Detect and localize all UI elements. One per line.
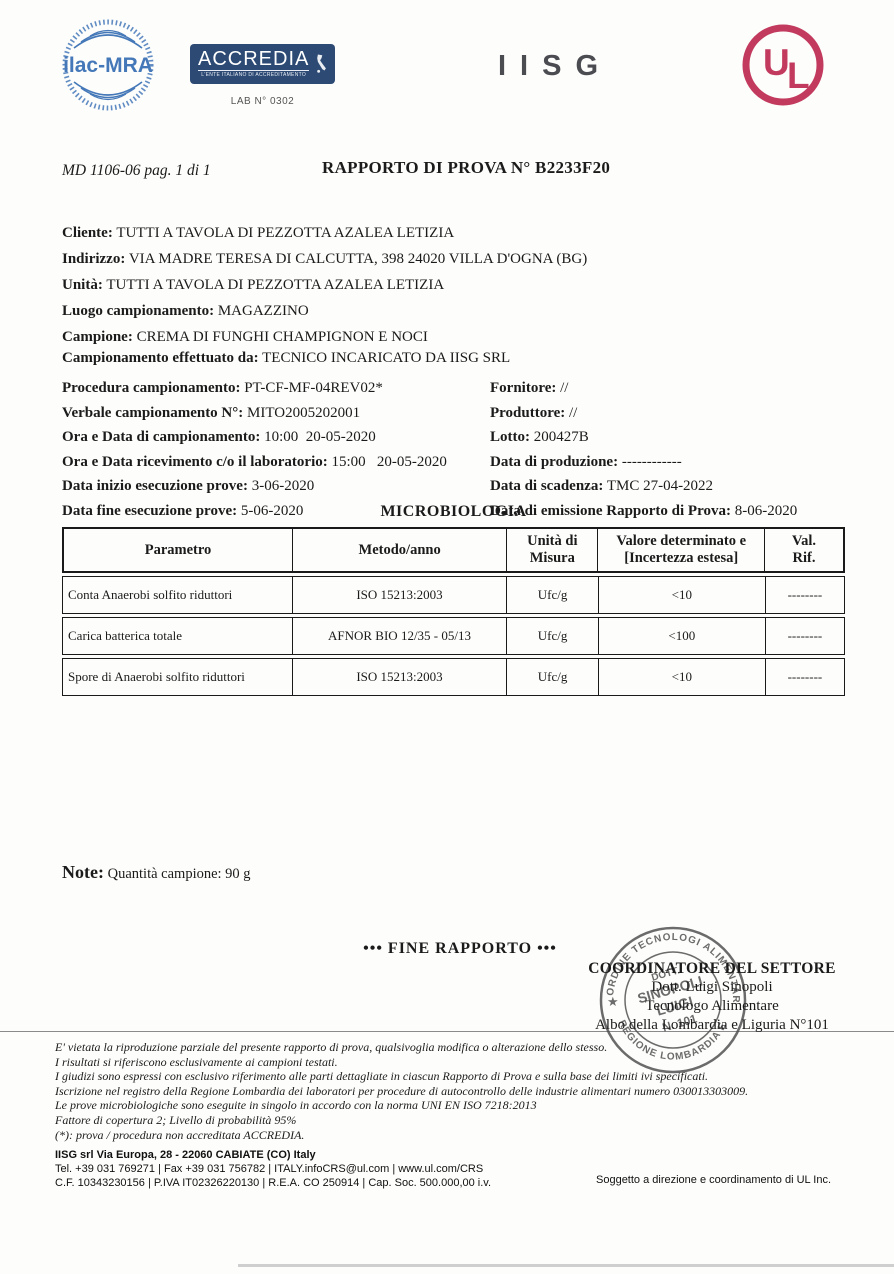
sampling-details-grid: Procedura campionamento: PT-CF-MF-04REV0… bbox=[62, 376, 852, 523]
client-info-block: Cliente: TUTTI A TAVOLA DI PEZZOTTA AZAL… bbox=[62, 220, 587, 350]
column-header-unita: Unità di Misura bbox=[507, 529, 598, 571]
field-procedura: Procedura campionamento: PT-CF-MF-04REV0… bbox=[62, 376, 490, 401]
ul-logo: U L bbox=[738, 20, 828, 115]
field-label: Luogo campionamento: bbox=[62, 303, 214, 319]
note-label: Note: bbox=[62, 862, 104, 882]
results-table: Parametro Metodo/anno Unità di Misura Va… bbox=[62, 527, 845, 696]
field-value: 200427B bbox=[534, 429, 589, 445]
field-verbale: Verbale campionamento N°: MITO2005202001 bbox=[62, 401, 490, 426]
field-luogo-campionamento: Luogo campionamento: MAGAZZINO bbox=[62, 298, 587, 324]
ilac-mra-logo-icon: ilac-MRA bbox=[52, 14, 164, 116]
cell-valore: <100 bbox=[599, 618, 766, 654]
field-label: Procedura campionamento: bbox=[62, 380, 240, 396]
italy-map-icon bbox=[315, 51, 327, 77]
ul-coordination-note: Soggetto a direzione e coordinamento di … bbox=[596, 1174, 831, 1186]
column-header-valore: Valore determinato e [Incertezza estesa] bbox=[598, 529, 765, 571]
iisg-logo: IISG bbox=[498, 50, 612, 83]
signature-register: Albo della Lombardia e Liguria N°101 bbox=[552, 1016, 872, 1035]
cell-val-rif: -------- bbox=[766, 577, 844, 613]
field-value: TMC 27-04-2022 bbox=[607, 478, 713, 494]
field-value: TUTTI A TAVOLA DI PEZZOTTA AZALEA LETIZI… bbox=[106, 277, 444, 293]
column-header-val-rif: Val. Rif. bbox=[765, 529, 843, 571]
field-label: Lotto: bbox=[490, 429, 530, 445]
detail-row: Procedura campionamento: PT-CF-MF-04REV0… bbox=[62, 376, 852, 401]
cell-parametro: Spore di Anaerobi solfito riduttori bbox=[63, 659, 293, 695]
cell-parametro: Conta Anaerobi solfito riduttori bbox=[63, 577, 293, 613]
field-value: TECNICO INCARICATO DA IISG SRL bbox=[262, 350, 510, 366]
field-fornitore: Fornitore: // bbox=[490, 376, 852, 401]
lab-number: LAB N° 0302 bbox=[190, 96, 335, 107]
accredia-name: ACCREDIA bbox=[198, 49, 309, 69]
field-label: Unità: bbox=[62, 277, 103, 293]
field-label: Verbale campionamento N°: bbox=[62, 405, 243, 421]
signature-block: COORDINATORE DEL SETTORE Dott. Luigi Sin… bbox=[552, 960, 872, 1035]
disclaimer-line: (*): prova / procedura non accreditata A… bbox=[55, 1128, 885, 1143]
field-value: TUTTI A TAVOLA DI PEZZOTTA AZALEA LETIZI… bbox=[116, 225, 454, 241]
company-address: IISG srl Via Europa, 28 - 22060 CABIATE … bbox=[55, 1148, 491, 1162]
field-value: 3-06-2020 bbox=[252, 478, 315, 494]
cell-unita: Ufc/g bbox=[507, 618, 598, 654]
signature-title: COORDINATORE DEL SETTORE bbox=[552, 960, 872, 978]
column-header-metodo: Metodo/anno bbox=[293, 529, 507, 571]
field-label: Ora e Data di campionamento: bbox=[62, 429, 260, 445]
field-data-inizio: Data inizio esecuzione prove: 3-06-2020 bbox=[62, 474, 490, 499]
note-line: Note: Quantità campione: 90 g bbox=[62, 862, 251, 883]
detail-row: Verbale campionamento N°: MITO2005202001… bbox=[62, 401, 852, 426]
company-contacts: Tel. +39 031 769271 | Fax +39 031 756782… bbox=[55, 1162, 491, 1176]
table-row: Conta Anaerobi solfito riduttori ISO 152… bbox=[62, 576, 845, 614]
cell-unita: Ufc/g bbox=[507, 577, 598, 613]
field-value: // bbox=[560, 380, 568, 396]
column-header-parametro: Parametro bbox=[64, 529, 293, 571]
field-cliente: Cliente: TUTTI A TAVOLA DI PEZZOTTA AZAL… bbox=[62, 220, 587, 246]
ul-letter-l: L bbox=[787, 55, 810, 96]
table-header-row: Parametro Metodo/anno Unità di Misura Va… bbox=[62, 527, 845, 573]
disclaimer-line: Fattore di copertura 2; Livello di proba… bbox=[55, 1113, 885, 1128]
field-value: // bbox=[569, 405, 577, 421]
field-label: Cliente: bbox=[62, 225, 113, 241]
ilac-mra-logo: ilac-MRA bbox=[52, 14, 164, 121]
field-label: Campionamento effettuato da: bbox=[62, 350, 259, 366]
field-value: CREMA DI FUNGHI CHAMPIGNON E NOCI bbox=[137, 329, 428, 345]
field-campione: Campione: CREMA DI FUNGHI CHAMPIGNON E N… bbox=[62, 324, 587, 350]
accredia-logo: ACCREDIA L'ENTE ITALIANO DI ACCREDITAMEN… bbox=[190, 44, 335, 107]
field-unita: Unità: TUTTI A TAVOLA DI PEZZOTTA AZALEA… bbox=[62, 272, 587, 298]
company-fiscal: C.F. 10343230156 | P.IVA IT02326220130 |… bbox=[55, 1176, 491, 1190]
field-label: Data di produzione: bbox=[490, 454, 618, 470]
field-value: 15:00 20-05-2020 bbox=[332, 454, 447, 470]
test-report-page: ilac-MRA ACCREDIA L'ENTE ITALIANO DI ACC… bbox=[0, 0, 894, 1274]
cell-unita: Ufc/g bbox=[507, 659, 598, 695]
section-title-microbiologia: MICROBIOLOGIA bbox=[62, 503, 845, 521]
field-value: MAGAZZINO bbox=[218, 303, 309, 319]
field-label: Fornitore: bbox=[490, 380, 556, 396]
report-title: RAPPORTO DI PROVA N° B2233F20 bbox=[322, 158, 610, 178]
field-value: PT-CF-MF-04REV02* bbox=[244, 380, 383, 396]
cell-metodo: ISO 15213:2003 bbox=[293, 659, 508, 695]
cell-valore: <10 bbox=[599, 577, 766, 613]
field-label: Data inizio esecuzione prove: bbox=[62, 478, 248, 494]
signature-name: Dott. Luigi Sinopoli bbox=[552, 978, 872, 997]
accredia-box: ACCREDIA L'ENTE ITALIANO DI ACCREDITAMEN… bbox=[190, 44, 335, 84]
cell-metodo: ISO 15213:2003 bbox=[293, 577, 508, 613]
detail-row: Ora e Data ricevimento c/o il laboratori… bbox=[62, 450, 852, 475]
field-data-scadenza: Data di scadenza: TMC 27-04-2022 bbox=[490, 474, 852, 499]
doc-reference: MD 1106-06 pag. 1 di 1 bbox=[62, 162, 211, 180]
table-row: Carica batterica totale AFNOR BIO 12/35 … bbox=[62, 617, 845, 655]
detail-row: Ora e Data di campionamento: 10:00 20-05… bbox=[62, 425, 852, 450]
cell-metodo: AFNOR BIO 12/35 - 05/13 bbox=[293, 618, 508, 654]
scan-edge-artifact bbox=[238, 1264, 894, 1267]
field-ora-ricevimento: Ora e Data ricevimento c/o il laboratori… bbox=[62, 450, 490, 475]
field-ora-campionamento: Ora e Data di campionamento: 10:00 20-05… bbox=[62, 425, 490, 450]
field-value: 10:00 20-05-2020 bbox=[264, 429, 376, 445]
field-value: VIA MADRE TERESA DI CALCUTTA, 398 24020 … bbox=[129, 251, 587, 267]
cell-val-rif: -------- bbox=[766, 618, 844, 654]
company-info-block: IISG srl Via Europa, 28 - 22060 CABIATE … bbox=[55, 1148, 491, 1190]
signature-role: Tecnologo Alimentare bbox=[552, 997, 872, 1016]
field-label: Campione: bbox=[62, 329, 133, 345]
ilac-mra-text: ilac-MRA bbox=[63, 54, 153, 77]
field-campionamento-effettuato: Campionamento effettuato da: TECNICO INC… bbox=[62, 350, 510, 367]
field-label: Produttore: bbox=[490, 405, 565, 421]
field-value: MITO2005202001 bbox=[247, 405, 360, 421]
detail-row: Data inizio esecuzione prove: 3-06-2020 … bbox=[62, 474, 852, 499]
field-data-produzione: Data di produzione: ------------ bbox=[490, 450, 852, 475]
cell-val-rif: -------- bbox=[766, 659, 844, 695]
ul-letter-u: U bbox=[763, 42, 790, 83]
field-label: Data di scadenza: bbox=[490, 478, 603, 494]
cell-valore: <10 bbox=[599, 659, 766, 695]
note-text: Quantità campione: 90 g bbox=[108, 866, 251, 882]
field-produttore: Produttore: // bbox=[490, 401, 852, 426]
field-lotto: Lotto: 200427B bbox=[490, 425, 852, 450]
disclaimer-line: Le prove microbiologiche sono eseguite i… bbox=[55, 1098, 885, 1113]
table-row: Spore di Anaerobi solfito riduttori ISO … bbox=[62, 658, 845, 696]
field-label: Indirizzo: bbox=[62, 251, 125, 267]
accredia-subtitle: L'ENTE ITALIANO DI ACCREDITAMENTO bbox=[198, 70, 309, 78]
field-label: Ora e Data ricevimento c/o il laboratori… bbox=[62, 454, 328, 470]
cell-parametro: Carica batterica totale bbox=[63, 618, 293, 654]
field-value: ------------ bbox=[622, 454, 682, 470]
field-indirizzo: Indirizzo: VIA MADRE TERESA DI CALCUTTA,… bbox=[62, 246, 587, 272]
ul-logo-icon: U L bbox=[738, 20, 828, 110]
